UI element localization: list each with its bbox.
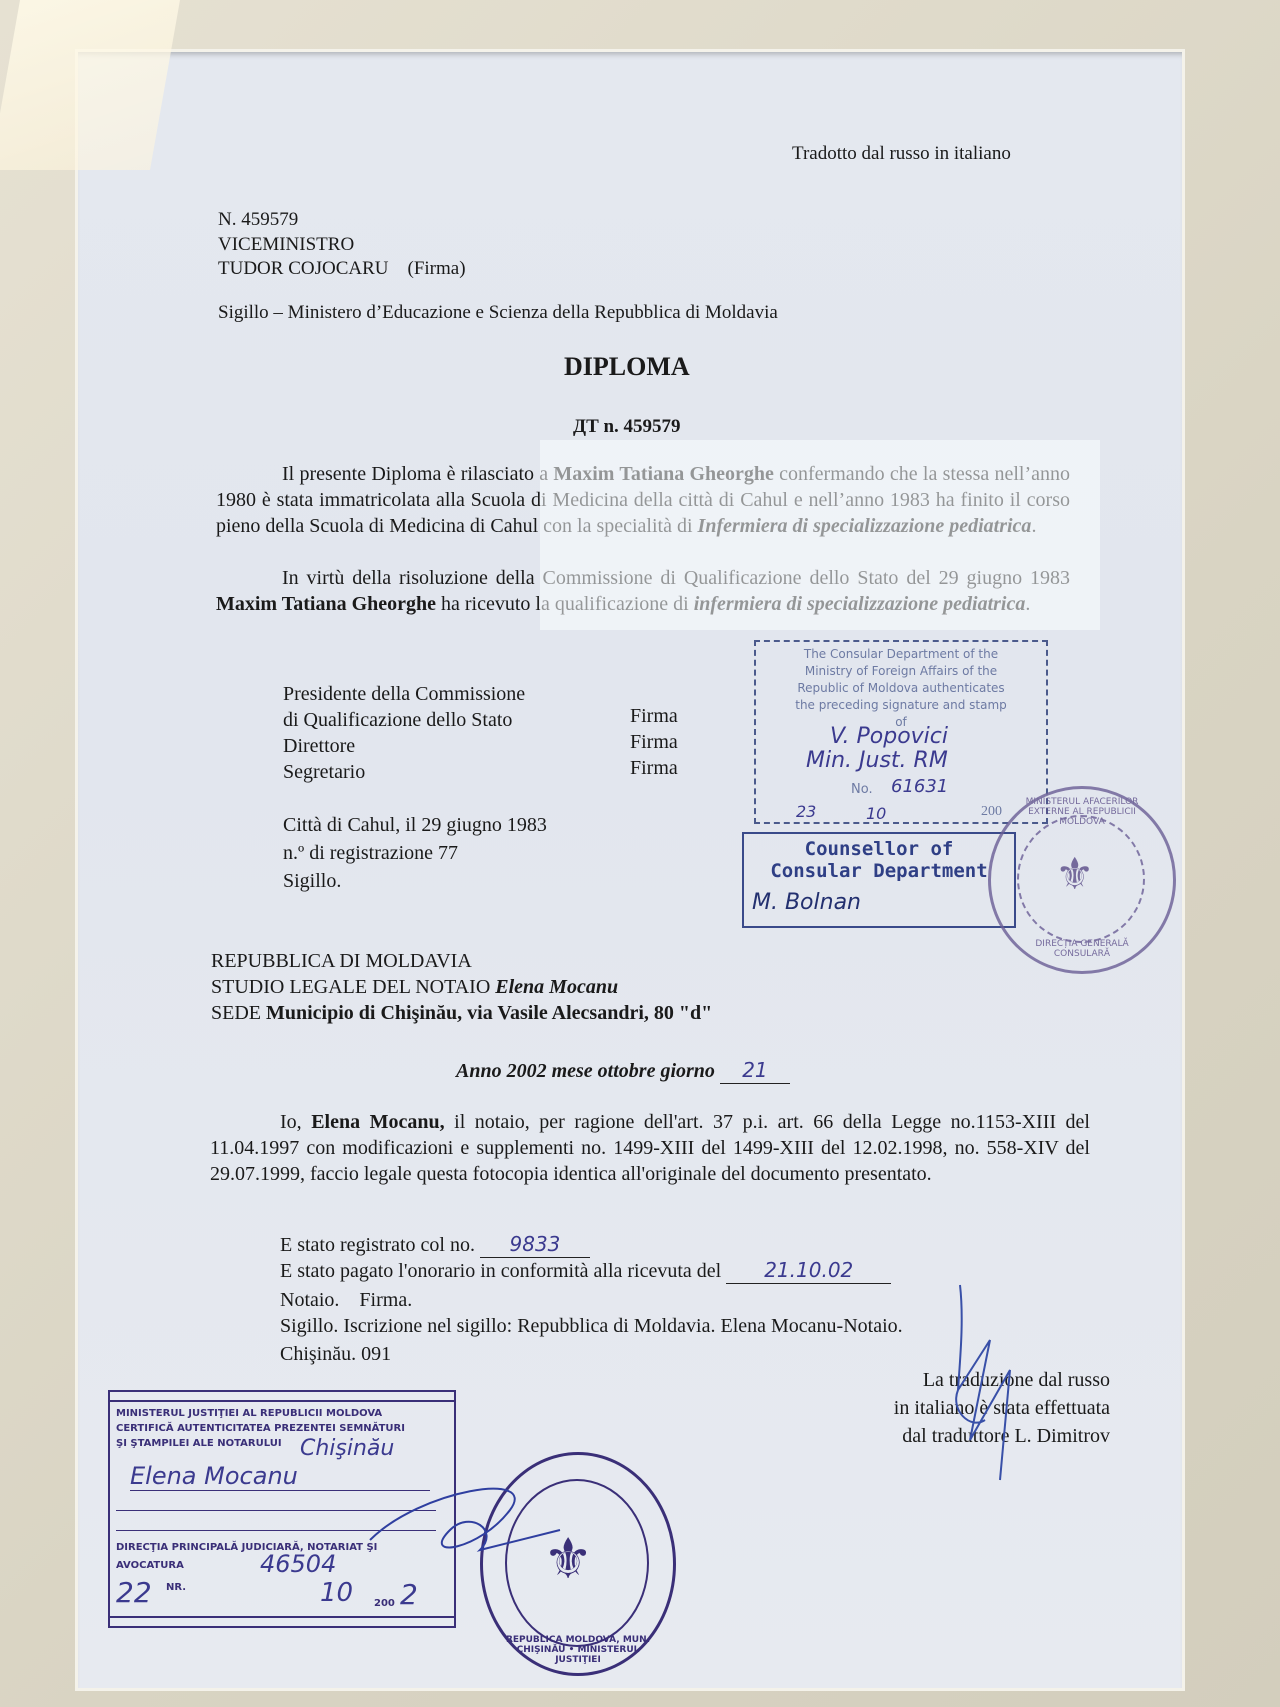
stamp-text: ŞI ŞTAMPILEI ALE NOTARULUI xyxy=(116,1436,448,1451)
place-date: Città di Cahul, il 29 giugno 1983 xyxy=(283,812,547,838)
diploma-number: ДТ n. 459579 xyxy=(573,414,681,440)
text: E stato registrato col no. xyxy=(280,1234,475,1256)
translation-note: Tradotto dal russo in italiano xyxy=(792,141,1011,167)
ministry-seal-line: Sigillo – Ministero d’Educazione e Scien… xyxy=(218,300,778,326)
notary-name: Elena Mocanu, xyxy=(311,1111,444,1133)
page-title: DIPLOMA xyxy=(564,354,690,380)
stamp-no-label: No. xyxy=(851,782,873,797)
stamp-nr-label: NR. xyxy=(166,1582,186,1593)
text: SEDE xyxy=(211,1002,266,1024)
counsellor-department: Consular Department xyxy=(744,860,1014,882)
translator-signature xyxy=(930,1280,1050,1520)
notary-address: SEDE Municipio di Chişinău, via Vasile A… xyxy=(211,1000,712,1026)
seal-outer-text: MINISTERUL AFACERILOR EXTERNE AL REPUBLI… xyxy=(1009,797,1155,827)
consular-authentication-stamp: The Consular Department of the Ministry … xyxy=(754,640,1048,824)
stamp-border xyxy=(110,1392,454,1402)
stamp-day: 22 xyxy=(116,1576,152,1609)
signature-role: Segretario xyxy=(283,759,365,785)
glass-reflection xyxy=(0,0,180,170)
signature-role: di Qualificazione dello Stato xyxy=(283,707,512,733)
stamp-text: Republic of Moldova authenticates xyxy=(756,680,1046,697)
stamp-nr-value: 46504 xyxy=(260,1550,336,1578)
notary-date-line: Anno 2002 mese ottobre giorno 21 xyxy=(456,1057,790,1084)
seal-text: REPUBLICA MOLDOVA, MUN. CHIŞINĂU • MINIS… xyxy=(493,1635,663,1665)
signatory-name: TUDOR COJOCARU xyxy=(218,258,389,279)
city-code: Chişinău. 091 xyxy=(280,1341,391,1367)
consular-round-seal: ⚜ MINISTERUL AFACERILOR EXTERNE AL REPUB… xyxy=(988,786,1176,974)
stamp-text: CERTIFICĂ AUTENTICITATEA PREZENTEI SEMNĂ… xyxy=(116,1421,448,1436)
notary-signature: Notaio. Firma. xyxy=(280,1287,412,1313)
notary-office: STUDIO LEGALE DEL NOTAIO Elena Mocanu xyxy=(211,974,618,1000)
stamp-text: Ministry of Foreign Affairs of the xyxy=(756,663,1046,680)
stamp-month: 10 xyxy=(320,1578,353,1608)
registration-number: n.º di registrazione 77 xyxy=(283,840,458,866)
seal-inner-text: DIRECȚIA GENERALĂ CONSULARĂ xyxy=(1009,939,1155,959)
paid-value: 21.10.02 xyxy=(726,1257,891,1284)
signature-role: Direttore xyxy=(283,733,355,759)
stamp-border xyxy=(110,1616,454,1626)
counsellor-title: Counsellor of xyxy=(744,838,1014,860)
text: STUDIO LEGALE DEL NOTAIO xyxy=(211,976,495,998)
counsellor-stamp: Counsellor of Consular Department M. Bol… xyxy=(742,832,1016,928)
text: Io, xyxy=(210,1111,311,1133)
stamp-text: DIRECŢIA PRINCIPALĂ JUDICIARĂ, NOTARIAT … xyxy=(116,1542,377,1553)
seal-note: Sigillo. xyxy=(283,868,341,894)
text: Anno 2002 mese ottobre giorno xyxy=(456,1060,715,1082)
handwritten-city: Chişinău xyxy=(300,1436,394,1461)
stamp-month: 10 xyxy=(866,804,886,823)
registered-line: E stato registrato col no. 9833 xyxy=(280,1231,590,1258)
stamp-year-prefix: 200 xyxy=(374,1598,395,1609)
date-day: 21 xyxy=(720,1057,790,1084)
notary-paragraph: Io, Elena Mocanu, il notaio, per ragione… xyxy=(210,1109,1090,1187)
coat-of-arms-icon: ⚜ xyxy=(1055,849,1094,900)
stamp-no-value: 61631 xyxy=(891,776,948,797)
stamp-year-suffix: 2 xyxy=(400,1578,418,1611)
signature-mark: Firma xyxy=(630,755,678,781)
signatory-note: (Firma) xyxy=(408,258,466,279)
notary-country: REPUBBLICA DI MOLDAVIA xyxy=(211,948,472,974)
document-number: N. 459579 xyxy=(218,207,298,233)
stamp-text: The Consular Department of the xyxy=(756,646,1046,663)
registered-value: 9833 xyxy=(480,1231,590,1258)
holder-name: Maxim Tatiana Gheorghe xyxy=(216,593,436,615)
stamp-day: 23 xyxy=(796,802,816,821)
stamp-text: AVOCATURA xyxy=(116,1560,184,1571)
stamp-text: MINISTERUL JUSTIŢIEI AL REPUBLICII MOLDO… xyxy=(116,1406,448,1421)
seal-inscription: Sigillo. Iscrizione nel sigillo: Repubbl… xyxy=(280,1313,903,1339)
notary-name: Elena Mocanu xyxy=(495,976,618,998)
text: Il presente Diploma è rilasciato a xyxy=(216,463,553,485)
glass-reflection xyxy=(540,440,1100,630)
text: E stato pagato l'onorario in conformità … xyxy=(280,1260,721,1282)
stamp-year: 200 xyxy=(981,804,1002,820)
signatory-line: TUDOR COJOCARU (Firma) xyxy=(218,256,466,282)
stamp-text: the preceding signature and stamp xyxy=(756,697,1046,714)
signature-mark: Firma xyxy=(630,703,678,729)
counsellor-signature: M. Bolnan xyxy=(752,890,861,915)
signature-mark: Firma xyxy=(630,729,678,755)
signatory-role: VICEMINISTRO xyxy=(218,232,354,258)
address: Municipio di Chişinău, via Vasile Alecsa… xyxy=(266,1002,712,1024)
paid-line: E stato pagato l'onorario in conformità … xyxy=(280,1257,891,1284)
handwritten-name: V. Popovici xyxy=(830,724,948,749)
justice-signature xyxy=(360,1470,580,1580)
handwritten-org: Min. Just. RM xyxy=(806,748,948,773)
signature-role: Presidente della Commissione xyxy=(283,681,525,707)
